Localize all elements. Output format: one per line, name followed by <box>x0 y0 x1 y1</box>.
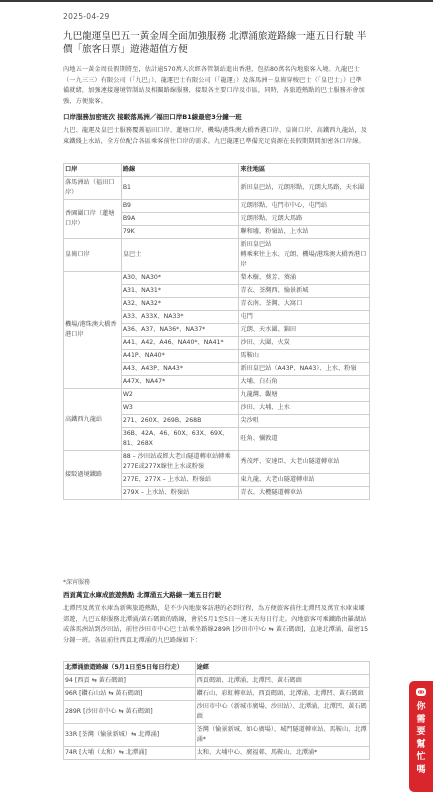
port-cell: 落馬洲站（福田口岸） <box>64 177 122 200</box>
route-cell: A30、NA30* <box>121 272 239 285</box>
area-cell: 梨木樹、葵芳、葵涌 <box>239 272 370 285</box>
port-cell: 高鐵西九龍站 <box>64 389 122 451</box>
port-routes-body: 落馬洲站（福田口岸）B1新田皇巴站，元朗形點，元朗大馬路，天水圍香園圍口岸（蓮塘… <box>64 177 370 500</box>
pak-tam-chung-routes-body: 94 [西貢 ⇆ 黃石碼頭]西貢碼頭、北潭涌、北潭凹、黃石碼頭96R [鑽石山站… <box>64 675 370 760</box>
area-cell: 元朗形點，屯門市中心，屯門站 <box>239 200 370 213</box>
help-widget-button[interactable]: 你需要幫忙嗎 <box>409 681 433 792</box>
area-cell: 新田皇巴站，元朗形點，元朗大馬路，天水圍 <box>239 177 370 200</box>
route-cell: 96R [鑽石山站 ⇆ 黃石碼頭] <box>64 688 196 701</box>
table-row: 94 [西貢 ⇆ 黃石碼頭]西貢碼頭、北潭涌、北潭凹、黃石碼頭 <box>64 675 370 688</box>
area-cell: 聯和墟，粉嶺站，上水站 <box>239 226 370 239</box>
area-cell: 屯門 <box>239 311 370 324</box>
area-cell: 元朗、天水圍、錦田 <box>239 324 370 337</box>
area-cell: 大埔、白石角 <box>239 376 370 389</box>
top-bar <box>0 0 433 2</box>
article-date: 2025-04-29 <box>63 12 110 21</box>
route-cell: A31、NA31* <box>121 285 239 298</box>
area-cell: 九龍灣、觀塘 <box>239 389 370 402</box>
via-cell: 沙田市中心（新城市廣場、沙田站）、北潭涌、北潭凹、黃石碼頭 <box>195 701 369 724</box>
via-cell: 太和、大埔中心、廣福邨、馬鞍山、北潭涌* <box>195 747 369 760</box>
area-cell: 新田皇巴站（A43P、NA43）、上水、粉嶺 <box>239 363 370 376</box>
area-cell: 馬鞍山 <box>239 350 370 363</box>
header-route: 路線 <box>121 164 239 177</box>
section2-heading: 西貢萬宜水庫成旅遊熱點 北潭涌五大路線一連五日行駛 <box>63 590 221 599</box>
area-cell: 新田皇巴站 轉乘來往上水、元朗、機場/港珠澳大橋香港口岸 <box>239 239 370 272</box>
help-widget-label: 你需要幫忙嗎 <box>416 701 426 776</box>
area-cell: 秀茂坪、安達臣、大老山隧道轉車站 <box>239 451 370 474</box>
header-area: 來往地區 <box>239 164 370 177</box>
port-cell: 接駁過境鐵路 <box>64 451 122 500</box>
table-row: 74R [大埔（太和）⇆ 北潭涌]太和、大埔中心、廣福邨、馬鞍山、北潭涌* <box>64 747 370 760</box>
route-cell: B1 <box>121 177 239 200</box>
area-cell: 沙田、大埔、上水 <box>239 402 370 415</box>
port-cell: 皇崗口岸 <box>64 239 122 272</box>
table-header-row: 口岸 路線 來往地區 <box>64 164 370 177</box>
area-cell: 元朗形點，元朗大馬路 <box>239 213 370 226</box>
route-cell: 279X – 上水站、粉嶺站 <box>121 487 239 500</box>
route-cell: A41P、NA40* <box>121 350 239 363</box>
table-row: 接駁過境鐵路88 – 沙田站或經大老山隧道轉車站轉乘277E或277X線往上水或… <box>64 451 370 474</box>
route-cell: A43、A43P、NA43* <box>121 363 239 376</box>
table-row: 289R [沙田市中心 ⇆ 黃石碼頭]沙田市中心（新城市廣場、沙田站）、北潭涌、… <box>64 701 370 724</box>
pak-tam-chung-routes-table: 北潭涌旅遊路線（5月1日至5日每日行走） 途經 94 [西貢 ⇆ 黃石碼頭]西貢… <box>63 661 370 760</box>
route-cell: 皇巴士 <box>121 239 239 272</box>
table-row: 香園圍口岸（蓮塘口岸）B9元朗形點，屯門市中心，屯門站 <box>64 200 370 213</box>
via-cell: 鑽石山、彩虹轉車站、西貢碼頭、北潭涌、北潭凹、黃石碼頭 <box>195 688 369 701</box>
port-cell: 機場/港珠澳大橋香港口岸 <box>64 272 122 389</box>
section2-paragraph: 北潭凹及萬宜水庫為新興旅遊熱點，是不少內地旅客訪港的必到行程，為方便旅客前往北潭… <box>63 604 369 647</box>
section1-heading: 口岸服務加密班次 接駁落馬洲／福田口岸B1線最密3分鐘一班 <box>63 112 242 121</box>
via-cell: 荃灣（愉景新城、如心廣場）、城門隧道轉車站、馬鞍山、北潭涌* <box>195 724 369 747</box>
route-cell: B9 <box>121 200 239 213</box>
header-via: 途經 <box>195 662 369 675</box>
port-cell: 香園圍口岸（蓮塘口岸） <box>64 200 122 239</box>
area-cell: 東九龍、大老山隧道轉車站 <box>239 474 370 487</box>
route-cell: 94 [西貢 ⇆ 黃石碼頭] <box>64 675 196 688</box>
route-cell: A32、NA32* <box>121 298 239 311</box>
table-row: 皇崗口岸皇巴士新田皇巴站 轉乘來往上水、元朗、機場/港珠澳大橋香港口岸 <box>64 239 370 272</box>
route-cell: 33R [荃灣（愉景新城）⇆ 北潭涌] <box>64 724 196 747</box>
header-port: 口岸 <box>64 164 122 177</box>
route-cell: W3 <box>121 402 239 415</box>
intro-paragraph: 內地五一黃金周長假期將至，估計逾570萬人次經各管制站進出香港，包括80萬名內地… <box>63 65 368 108</box>
area-cell: 青衣、大欖隧道轉車站 <box>239 487 370 500</box>
route-cell: B9A <box>121 213 239 226</box>
route-cell: A41、A42、A46、NA40*、NA41* <box>121 337 239 350</box>
table-row: 高鐵西九龍站W2九龍灣、觀塘 <box>64 389 370 402</box>
area-cell: 沙田、大圍、火炭 <box>239 337 370 350</box>
route-cell: 79K <box>121 226 239 239</box>
table-row: 落馬洲站（福田口岸）B1新田皇巴站，元朗形點，元朗大馬路，天水圍 <box>64 177 370 200</box>
footnote: *深宵服務 <box>63 577 90 586</box>
table-row: 96R [鑽石山站 ⇆ 黃石碼頭]鑽石山、彩虹轉車站、西貢碼頭、北潭涌、北潭凹、… <box>64 688 370 701</box>
route-cell: 277E、277X – 上水站、粉嶺站 <box>121 474 239 487</box>
area-cell: 青衣、荃灣西、愉景新城 <box>239 285 370 298</box>
route-cell: 88 – 沙田站或經大老山隧道轉車站轉乘277E或277X線往上水或粉嶺 <box>121 451 239 474</box>
port-routes-table: 口岸 路線 來往地區 落馬洲站（福田口岸）B1新田皇巴站，元朗形點，元朗大馬路，… <box>63 163 370 500</box>
robot-icon <box>415 687 427 697</box>
route-cell: W2 <box>121 389 239 402</box>
route-cell: A33、A33X、NA33* <box>121 311 239 324</box>
article-title: 九巴龍運皇巴五一黃金周全面加強服務 北潭涌旅遊路線一連五日行駛 半價「旅客日票」… <box>63 30 368 56</box>
route-cell: 74R [大埔（太和）⇆ 北潭涌] <box>64 747 196 760</box>
area-cell: 尖沙咀 <box>239 415 370 428</box>
route-cell: 271、260X、269B、268B <box>121 415 239 428</box>
table-row: 機場/港珠澳大橋香港口岸A30、NA30*梨木樹、葵芳、葵涌 <box>64 272 370 285</box>
route-cell: 36B、42A、46、60X、63X、69X、81、268X <box>121 428 239 451</box>
via-cell: 西貢碼頭、北潭涌、北潭凹、黃石碼頭 <box>195 675 369 688</box>
table-row: 33R [荃灣（愉景新城）⇆ 北潭涌]荃灣（愉景新城、如心廣場）、城門隧道轉車站… <box>64 724 370 747</box>
route-cell: 289R [沙田市中心 ⇆ 黃石碼頭] <box>64 701 196 724</box>
route-cell: A36、A37、NA36*、NA37* <box>121 324 239 337</box>
section1-paragraph: 九巴、龍運及皇巴士服務覆蓋福田口岸、蓮塘口岸、機場/港珠澳大橋香港口岸、皇崗口岸… <box>63 126 369 147</box>
area-cell: 旺角、彌敦道 <box>239 428 370 451</box>
route-cell: A47X、NA47* <box>121 376 239 389</box>
table-header-row: 北潭涌旅遊路線（5月1日至5日每日行走） 途經 <box>64 662 370 675</box>
area-cell: 青衣南、荃灣、大窩口 <box>239 298 370 311</box>
header-route: 北潭涌旅遊路線（5月1日至5日每日行走） <box>64 662 196 675</box>
